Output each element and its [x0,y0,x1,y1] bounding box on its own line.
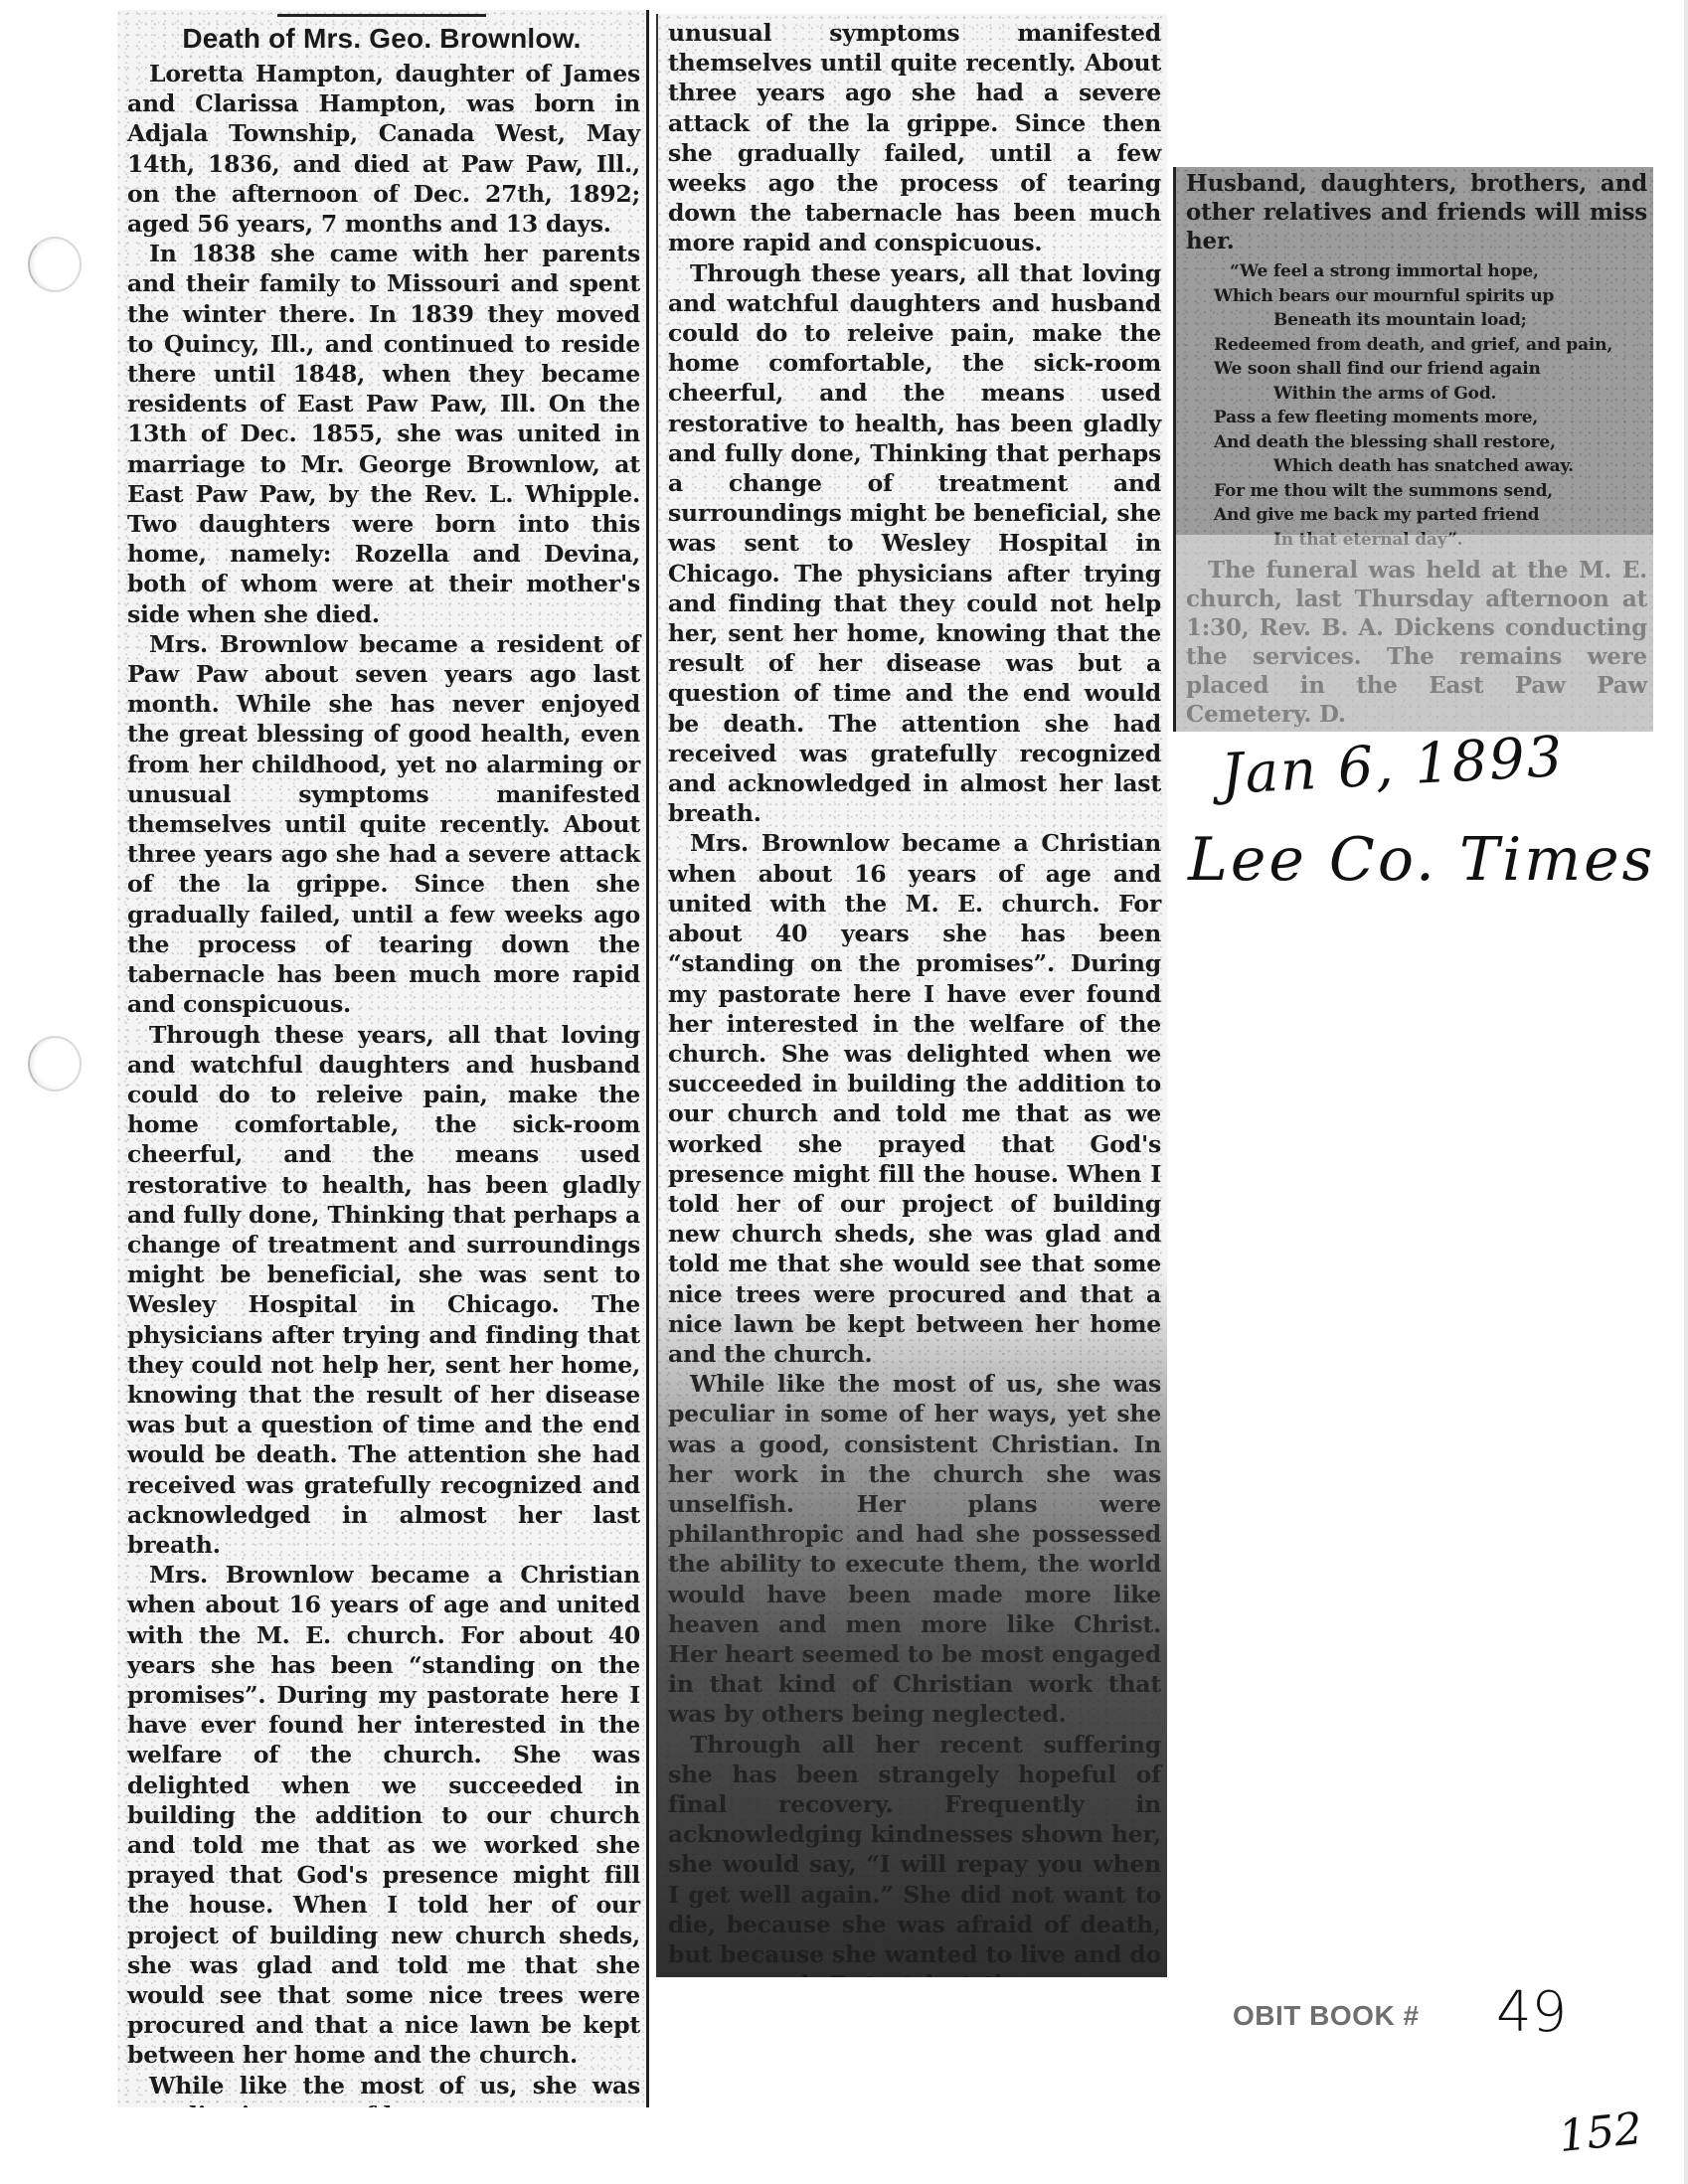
handwritten-book-number: 49 [1496,1980,1567,2045]
column-left-text: Loretta Hampton, daughter of James and C… [117,59,646,2107]
paragraph: In 1838 she came with her parents and th… [127,239,640,629]
poem-line: Which death has snatched away. [1186,454,1647,479]
poem-line: And death the blessing shall restore, [1186,430,1647,455]
clipping-column-left: Death of Mrs. Geo. Brownlow. Loretta Ham… [117,10,649,2107]
poem-line: Beneath its mountain load; [1186,308,1647,333]
paragraph: Mrs. Brownlow became a Christian when ab… [668,828,1161,1369]
paragraph: Husband, daughters, brothers, and other … [1186,169,1647,255]
scan-page-edge [1684,0,1688,2184]
poem-line: Redeemed from death, and grief, and pain… [1186,333,1647,358]
obit-book-stamp: OBIT BOOK # [1233,2000,1420,2032]
paragraph: Mrs. Brownlow became a resident of Paw P… [127,629,640,1020]
poem-line: We soon shall find our friend again [1186,357,1647,382]
clipping-column-right: Husband, daughters, brothers, and other … [1173,167,1653,732]
paragraph: Loretta Hampton, daughter of James and C… [127,59,640,239]
binder-hole-top [28,237,82,292]
poem-line: And give me back my parted friend [1186,503,1647,528]
handwritten-page-number: 152 [1557,2103,1645,2162]
poem-line: “We feel a strong immortal hope, [1186,259,1647,284]
paragraph: Through all her recent suffering she has… [668,1730,1161,1977]
clipping-column-middle: unusual symptoms manifested themselves u… [656,14,1167,1977]
paragraph: While like the most of us, she was pecul… [127,2071,640,2107]
poem-line: Which bears our mournful spirits up [1186,284,1647,309]
obituary-headline: Death of Mrs. Geo. Brownlow. [117,23,646,55]
paragraph: While like the most of us, she was pecul… [668,1369,1161,1729]
paragraph: Mrs. Brownlow became a Christian when ab… [127,1560,640,2070]
column-middle-text: unusual symptoms manifested themselves u… [658,14,1167,1977]
paragraph: Through these years, all that loving and… [668,258,1161,829]
handwritten-newspaper-name: Lee Co. Times [1188,825,1655,895]
paragraph: Through these years, all that loving and… [127,1020,640,1561]
poem-line: For me thou wilt the summons send, [1186,479,1647,504]
handwritten-date: Jan 6, 1893 [1220,725,1566,807]
poem-line: Pass a few fleeting moments more, [1186,406,1647,430]
binder-hole-middle [28,1036,82,1092]
paragraph: unusual symptoms manifested themselves u… [668,18,1161,258]
photocopy-light-region [1176,535,1653,732]
memorial-poem: “We feel a strong immortal hope, Which b… [1186,259,1647,552]
poem-line: Within the arms of God. [1186,382,1647,407]
headline-rule [277,14,486,17]
